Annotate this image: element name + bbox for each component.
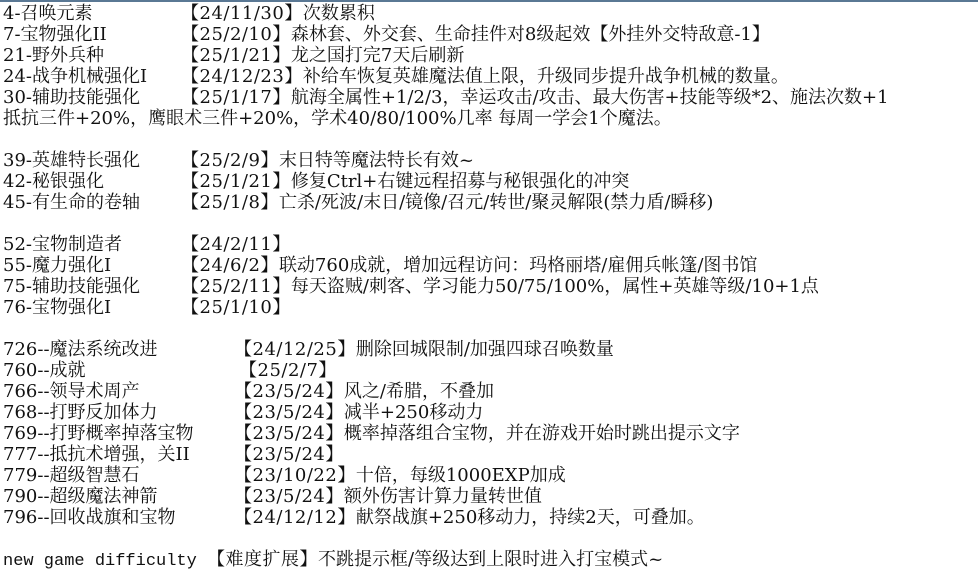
difficulty-label: new game difficulty [3,552,207,571]
entry-line: 52-宝物制造者【24/2/11】 [3,234,978,255]
difficulty-desc: 不跳提示框/等级达到上限时进入打宝模式~ [318,549,663,570]
entry-line: 4-召唤元素【24/11/30】次数累积 [3,3,978,24]
text-document[interactable]: 4-召唤元素【24/11/30】次数累积 7-宝物强化II【25/2/10】森林… [3,3,978,570]
entry-name: 42-秘银强化 [3,171,181,192]
difficulty-line: new game difficulty 【难度扩展】不跳提示框/等级达到上限时进… [3,549,978,570]
entry-name: 769--打野概率掉落宝物 [3,423,234,444]
entry-name: 726--魔法系统改进 [3,339,234,360]
entry-line: 76-宝物强化I【25/1/10】 [3,297,978,318]
entry-line: 779--超级智慧石【23/10/22】十倍，每级1000EXP加成 [3,465,978,486]
window-top-border [0,0,978,2]
entry-date: 【25/2/9】 [181,150,279,171]
entry-date: 【25/2/11】 [181,276,291,297]
entry-name: 39-英雄特长强化 [3,150,181,171]
entry-name: 766--领导术周产 [3,381,234,402]
entry-line: 777--抵抗术增强，关II【23/5/24】 [3,444,978,465]
entry-line: 768--打野反加体力【23/5/24】减半+250移动力 [3,402,978,423]
entry-name: 75-辅助技能强化 [3,276,181,297]
entry-line: 21-野外兵种【25/1/21】龙之国打完7天后刷新 [3,45,978,66]
entry-date: 【23/5/24】 [234,381,344,402]
entry-line: 760--成就【25/2/7】 [3,360,978,381]
entry-name: 21-野外兵种 [3,45,181,66]
entry-desc: 亡杀/死波/末日/镜像/召元/转世/聚灵解限(禁力盾/瞬移) [279,192,714,213]
entry-date: 【24/2/11】 [181,234,291,255]
entry-line: 42-秘银强化【25/1/21】修复Ctrl+右键远程招募与秘银强化的冲突 [3,171,978,192]
entry-continuation-line: 抵抗三件+20%，鹰眼术三件+20%，学术40/80/100%几率 每周一学会1… [3,108,978,129]
entry-desc: 额外伤害计算力量转世值 [344,486,542,507]
entry-line: 75-辅助技能强化【25/2/11】每天盗贼/刺客、学习能力50/75/100%… [3,276,978,297]
entry-desc: 末日特等魔法特长有效~ [279,150,474,171]
entry-desc: 十倍，每级1000EXP加成 [356,465,566,486]
entry-desc: 献祭战旗+250移动力，持续2天，可叠加。 [356,507,705,528]
entry-date: 【24/12/23】 [181,66,303,87]
entry-date: 【23/5/24】 [234,402,344,423]
blank-line [3,129,978,150]
blank-line [3,528,978,549]
entry-line: 766--领导术周产【23/5/24】风之/希腊，不叠加 [3,381,978,402]
entry-date: 【25/1/8】 [181,192,279,213]
entry-date: 【23/5/24】 [234,444,344,465]
entry-date: 【25/2/10】 [181,24,291,45]
entry-name: 45-有生命的卷轴 [3,192,181,213]
entry-line: 796--回收战旗和宝物【24/12/12】献祭战旗+250移动力，持续2天，可… [3,507,978,528]
entry-line: 24-战争机械强化I【24/12/23】补给车恢复英雄魔法值上限，升级同步提升战… [3,66,978,87]
entry-name: 24-战争机械强化I [3,66,181,87]
entry-line: 30-辅助技能强化【25/1/17】航海全属性+1/2/3，幸运攻击/攻击、最大… [3,87,978,108]
entry-date: 【25/1/10】 [181,297,291,318]
entry-desc: 减半+250移动力 [344,402,483,423]
entry-name: 4-召唤元素 [3,3,181,24]
entry-desc: 森林套、外交套、生命挂件对8级起效【外挂外交特敌意-1】 [291,24,770,45]
entry-desc: 概率掉落组合宝物，并在游戏开始时跳出提示文字 [344,423,740,444]
entry-desc: 修复Ctrl+右键远程招募与秘银强化的冲突 [291,171,629,192]
entry-date: 【23/5/24】 [234,423,344,444]
entry-date: 【25/1/21】 [181,171,291,192]
entry-name: 30-辅助技能强化 [3,87,181,108]
entry-name: 768--打野反加体力 [3,402,234,423]
entry-date: 【23/5/24】 [234,486,344,507]
entry-name: 790--超级魔法神箭 [3,486,234,507]
entry-line: 55-魔力强化I【24/6/2】联动760成就，增加远程访问：玛格丽塔/雇佣兵帐… [3,255,978,276]
entry-line: 769--打野概率掉落宝物【23/5/24】概率掉落组合宝物，并在游戏开始时跳出… [3,423,978,444]
entry-name: 55-魔力强化I [3,255,181,276]
entry-date: 【25/2/7】 [239,360,337,381]
entry-name: 7-宝物强化II [3,24,181,45]
entry-line: 726--魔法系统改进【24/12/25】删除回城限制/加强四球召唤数量 [3,339,978,360]
entry-name: 777--抵抗术增强，关II [3,444,234,465]
entry-line: 790--超级魔法神箭【23/5/24】额外伤害计算力量转世值 [3,486,978,507]
entry-date: 【25/1/17】 [181,87,291,108]
entry-desc: 联动760成就，增加远程访问：玛格丽塔/雇佣兵帐篷/图书馆 [279,255,757,276]
entry-desc: 补给车恢复英雄魔法值上限，升级同步提升战争机械的数量。 [303,66,789,87]
entry-date: 【24/12/25】 [234,339,356,360]
entry-desc: 每天盗贼/刺客、学习能力50/75/100%，属性+英雄等级/10+1点 [291,276,819,297]
entry-date: 【24/6/2】 [181,255,279,276]
entry-date: 【24/11/30】 [181,3,303,24]
entry-name: 760--成就 [3,360,239,381]
difficulty-tag: 【难度扩展】 [207,549,318,570]
entry-desc: 航海全属性+1/2/3，幸运攻击/攻击、最大伤害+技能等级*2、施法次数+1 [291,87,889,108]
entry-line: 7-宝物强化II【25/2/10】森林套、外交套、生命挂件对8级起效【外挂外交特… [3,24,978,45]
entry-name: 779--超级智慧石 [3,465,234,486]
blank-line [3,318,978,339]
entry-date: 【25/1/21】 [181,45,291,66]
entry-desc: 龙之国打完7天后刷新 [291,45,464,66]
entry-name: 52-宝物制造者 [3,234,181,255]
entry-name: 76-宝物强化I [3,297,181,318]
entry-date: 【23/10/22】 [234,465,356,486]
entry-desc: 次数累积 [303,3,375,24]
entry-line: 39-英雄特长强化【25/2/9】末日特等魔法特长有效~ [3,150,978,171]
blank-line [3,213,978,234]
entry-desc: 删除回城限制/加强四球召唤数量 [356,339,614,360]
entry-line: 45-有生命的卷轴【25/1/8】亡杀/死波/末日/镜像/召元/转世/聚灵解限(… [3,192,978,213]
entry-date: 【24/12/12】 [234,507,356,528]
entry-desc: 风之/希腊，不叠加 [344,381,494,402]
entry-name: 796--回收战旗和宝物 [3,507,234,528]
